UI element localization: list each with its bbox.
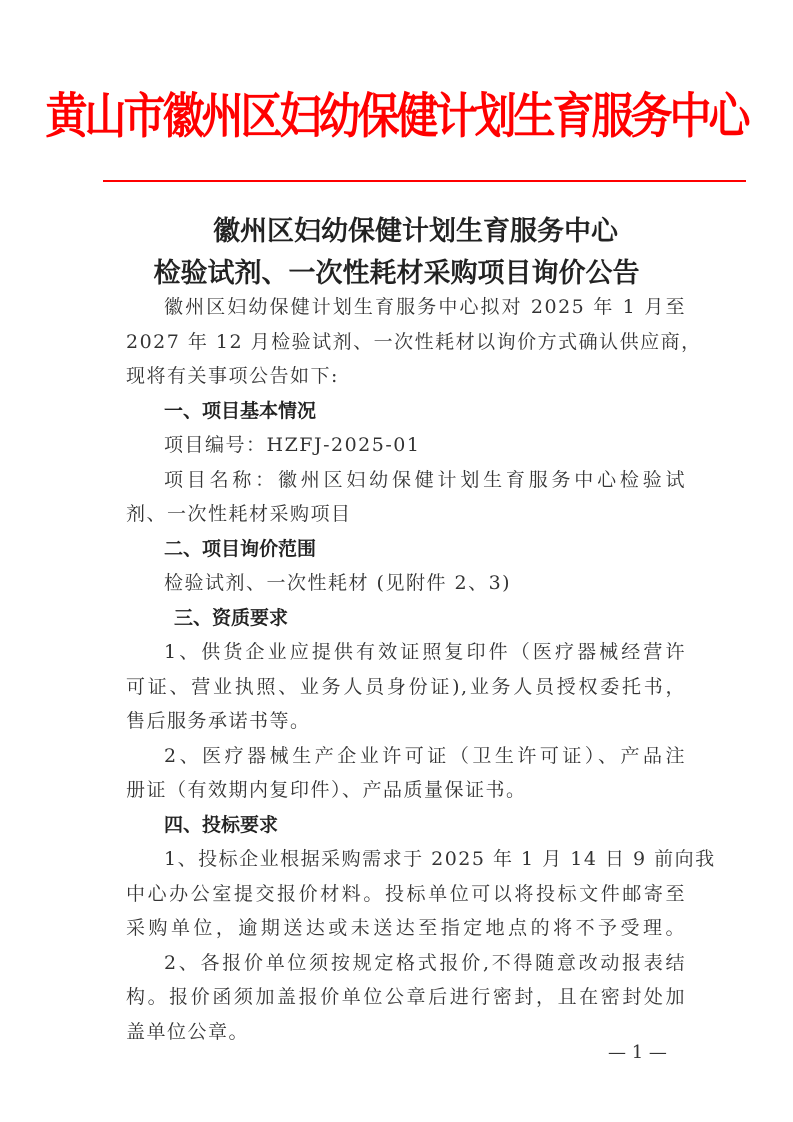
qualification-item: 可证、营业执照、业务人员身份证),业务人员授权委托书，: [126, 670, 686, 705]
qualification-item: 册证（有效期内复印件）、产品质量保证书。: [126, 773, 686, 808]
qualification-item: 1、供货企业应提供有效证照复印件（医疗器械经营许: [126, 635, 686, 670]
bid-requirement: 1、投标企业根据采购需求于 2025 年 1 月 14 日 9 前向我: [126, 842, 686, 877]
section-heading-2: 二、项目询价范围: [126, 532, 686, 567]
letterhead-title: 黄山市徽州区妇幼保健计划生育服务中心: [0, 82, 793, 151]
project-name: 项目名称：徽州区妇幼保健计划生育服务中心检验试: [126, 463, 686, 498]
doc-title-line1: 徽州区妇幼保健计划生育服务中心: [0, 214, 793, 250]
qualification-item: 售后服务承诺书等。: [126, 704, 686, 739]
qualification-item: 2、医疗器械生产企业许可证（卫生许可证）、产品注: [126, 739, 686, 774]
page-number: — 1 —: [608, 1042, 667, 1063]
intro-line: 2027 年 12 月检验试剂、一次性耗材以询价方式确认供应商，: [126, 325, 686, 360]
section-heading-3: 三、资质要求: [126, 601, 686, 636]
bid-requirement: 采购单位，逾期送达或未送达至指定地点的将不予受理。: [126, 911, 686, 946]
bid-requirement: 盖单位公章。: [126, 1015, 686, 1050]
document-page: 黄山市徽州区妇幼保健计划生育服务中心 徽州区妇幼保健计划生育服务中心 检验试剂、…: [0, 0, 793, 1122]
project-name-cont: 剂、一次性耗材采购项目: [126, 497, 686, 532]
section-heading-1: 一、项目基本情况: [126, 394, 686, 429]
intro-line: 现将有关事项公告如下:: [126, 359, 686, 394]
project-number: 项目编号：HZFJ-2025-01: [126, 428, 686, 463]
letterhead-divider: [103, 180, 746, 182]
intro-line: 徽州区妇幼保健计划生育服务中心拟对 2025 年 1 月至: [126, 290, 686, 325]
bid-requirement: 中心办公室提交报价材料。投标单位可以将投标文件邮寄至: [126, 877, 686, 912]
section-heading-4: 四、投标要求: [126, 808, 686, 843]
bid-requirement: 2、各报价单位须按规定格式报价,不得随意改动报表结: [126, 946, 686, 981]
inquiry-scope: 检验试剂、一次性耗材 (见附件 2、3): [126, 566, 686, 601]
bid-requirement: 构。报价函须加盖报价单位公章后进行密封，且在密封处加: [126, 980, 686, 1015]
doc-body: 徽州区妇幼保健计划生育服务中心拟对 2025 年 1 月至 2027 年 12 …: [126, 290, 686, 1049]
doc-title-line2: 检验试剂、一次性耗材采购项目询价公告: [0, 256, 793, 292]
